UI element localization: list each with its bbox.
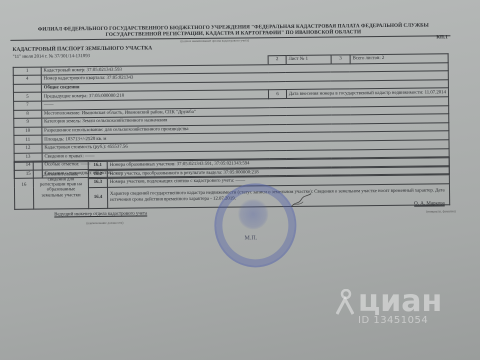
additional-info-label: Дополнительные сведения для регистрации …: [33, 162, 88, 209]
row-number: 1: [13, 67, 41, 76]
form-code: КП.1: [436, 35, 447, 40]
signer-position-caption: (наименование должности): [86, 221, 123, 225]
row-number: 10: [14, 127, 42, 136]
row-number: [13, 84, 41, 93]
row-number: 11: [14, 135, 42, 144]
sheet-cell-num: 2: [268, 56, 286, 65]
row-number: 13: [14, 153, 42, 162]
cian-watermark: циан ID 13451054: [336, 284, 442, 326]
organization-caption: (полное наименование органа кадастрового…: [180, 38, 249, 43]
sub-row-number: 16.1: [88, 161, 107, 170]
row-number: 5: [13, 92, 41, 101]
signer-name: О. А. Маркова: [414, 201, 445, 206]
official-stamp: М.П.: [214, 183, 297, 268]
row-number: 16: [14, 162, 33, 209]
handwritten-signature-icon: [290, 193, 312, 209]
row-number: 9: [14, 118, 42, 127]
document-title: КАДАСТРОВЫЙ ПАСПОРТ ЗЕМЕЛЬНОГО УЧАСТКА: [12, 45, 152, 52]
coat-of-arms-icon: [238, 199, 268, 229]
sheet-cell-num2: 3: [331, 55, 350, 64]
sub-row-number: 16.4: [88, 187, 107, 208]
sub-row-number: 16.3: [88, 179, 107, 188]
row-number: 4: [13, 75, 41, 84]
sub-row-number: 16.2: [88, 170, 107, 179]
location-pin-icon: [336, 289, 354, 315]
watermark-brand: циан: [358, 284, 442, 319]
row-number: 6: [269, 90, 287, 99]
stamp-label: М.П.: [244, 235, 257, 241]
signer-name-caption: (инициалы, фамилия): [426, 209, 455, 213]
signer-position: Ведущий инженер отдела кадастрового учет…: [54, 211, 147, 217]
row-number: 12: [14, 144, 42, 153]
row-number: 7: [14, 101, 42, 110]
row-number: 8: [14, 110, 42, 119]
